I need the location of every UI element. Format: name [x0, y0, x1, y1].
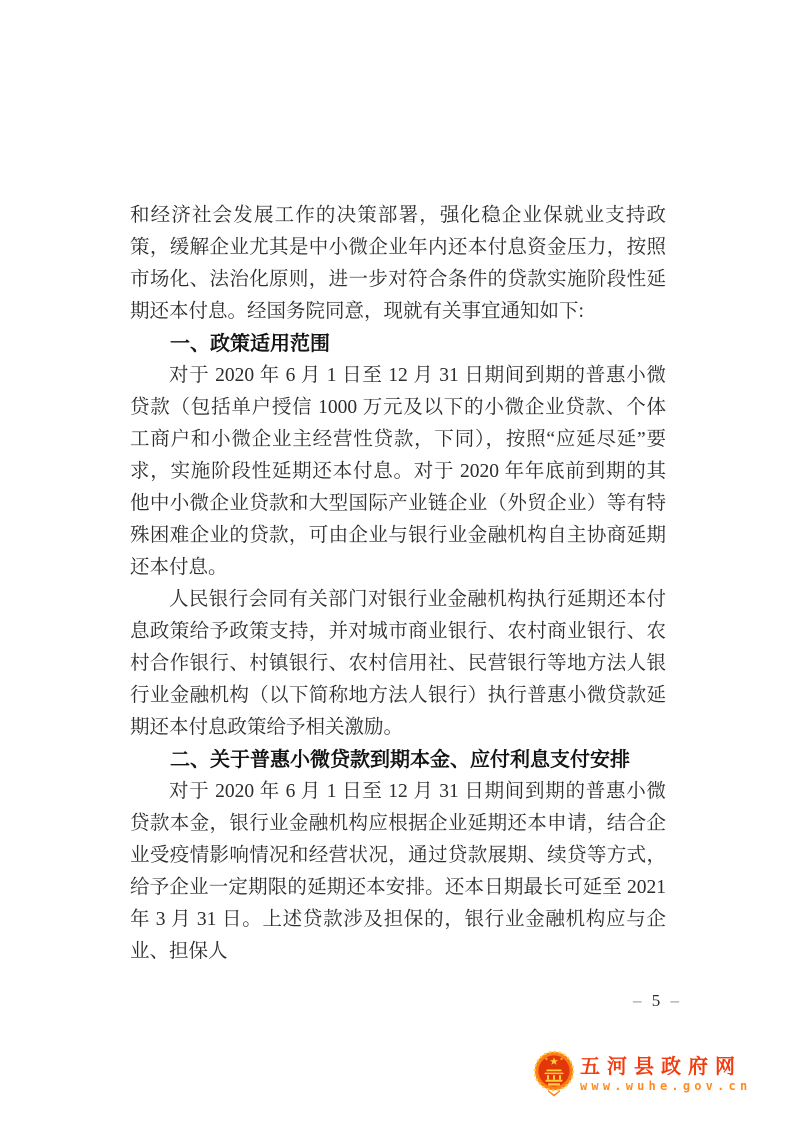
page-number: – 5 – [633, 991, 682, 1011]
document-body: 和经济社会发展工作的决策部署，强化稳企业保就业支持政策，缓解企业尤其是中小微企业… [130, 200, 666, 968]
site-watermark-text: 五河县政府网 www.wuhe.gov.cn [580, 1050, 751, 1093]
section-heading-2: 二、关于普惠小微贷款到期本金、应付利息支付安排 [130, 744, 666, 776]
page-number-value: 5 [652, 991, 664, 1010]
site-name: 五河县政府网 [580, 1056, 751, 1078]
paragraph: 人民银行会同有关部门对银行业金融机构执行延期还本付息政策给予政策支持，并对城市商… [130, 584, 666, 744]
paragraph-continuation: 和经济社会发展工作的决策部署，强化稳企业保就业支持政策，缓解企业尤其是中小微企业… [130, 200, 666, 328]
section-heading-1: 一、政策适用范围 [130, 328, 666, 360]
national-emblem-icon [533, 1050, 575, 1100]
site-watermark: 五河县政府网 www.wuhe.gov.cn [533, 1050, 751, 1100]
paragraph: 对于 2020 年 6 月 1 日至 12 月 31 日期间到期的普惠小微贷款（… [130, 360, 666, 584]
page-number-dash: – [671, 991, 683, 1010]
page-number-dash: – [633, 991, 645, 1010]
document-page: 和经济社会发展工作的决策部署，强化稳企业保就业支持政策，缓解企业尤其是中小微企业… [0, 0, 793, 1122]
site-url: www.wuhe.gov.cn [580, 1079, 751, 1093]
paragraph: 对于 2020 年 6 月 1 日至 12 月 31 日期间到期的普惠小微贷款本… [130, 776, 666, 968]
